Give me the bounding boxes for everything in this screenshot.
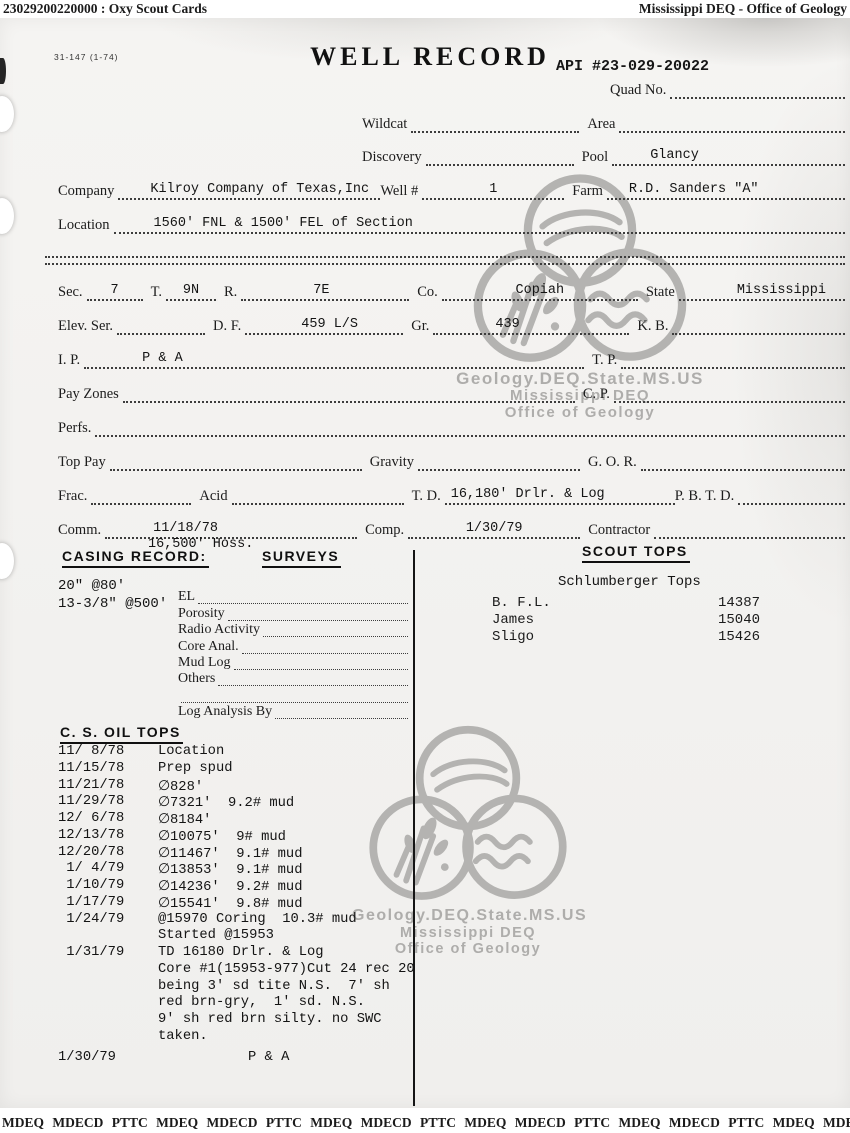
oil-top-row: 1/31/79TD 16180 Drlr. & Log <box>58 945 428 962</box>
frac-label: Frac. <box>58 488 91 505</box>
oil-top-row: 1/10/79∅14236' 9.2# mud <box>58 878 428 895</box>
survey-item: Core Anal. <box>178 637 408 653</box>
row-elev-df-gr-kb: Elev. Ser. D. F. 459 L/S Gr. 439 K. B. <box>58 314 845 335</box>
print-footer-bar: MDEQ MDECD PTTC MDEQ MDECD PTTC MDEQ MDE… <box>0 1113 850 1133</box>
oil-top-row: 12/ 6/78∅8184' <box>58 811 428 828</box>
oil-top-row: 11/29/78∅7321' 9.2# mud <box>58 794 428 811</box>
top-pay-field <box>110 449 362 471</box>
row-comm-comp-contractor: Comm. 11/18/78 Comp. 1/30/79 Contractor <box>58 518 845 539</box>
oil-top-row: 1/ 4/79∅13853' 9.1# mud <box>58 861 428 878</box>
tp-field <box>621 347 845 369</box>
cp-label: C. P. <box>575 386 614 403</box>
location-field: 1560' FNL & 1500' FEL of Section <box>114 212 845 234</box>
surveys-heading: SURVEYS <box>262 548 341 568</box>
well-no-label: Well # <box>380 183 422 200</box>
gor-field <box>641 449 845 471</box>
scan-artifact-edge-mark <box>0 58 6 84</box>
survey-item: Mud Log <box>178 654 408 670</box>
row-wildcat-area: Wildcat Area <box>362 112 845 133</box>
survey-dotted-line <box>242 638 408 654</box>
row-perfs: Perfs. <box>58 416 845 437</box>
row-location: Location 1560' FNL & 1500' FEL of Sectio… <box>58 213 845 234</box>
row-discovery-pool: Discovery Pool Glancy <box>362 145 845 166</box>
oil-top-row: 12/20/78∅11467' 9.1# mud <box>58 845 428 862</box>
pool-field: Glancy <box>612 144 845 166</box>
area-label: Area <box>579 116 619 133</box>
oil-top-row: Core #1(15953-977)Cut 24 rec 20 <box>58 962 428 979</box>
survey-item: Log Analysis By <box>178 703 408 719</box>
frac-field <box>91 483 191 505</box>
scout-tops-table: B. F.L.14387 James15040 Sligo15426 <box>492 595 792 646</box>
row-company-well-farm: Company Kilroy Company of Texas,Inc Well… <box>58 179 845 200</box>
form-number: 31-147 (1-74) <box>54 52 119 62</box>
scout-top-row: B. F.L.14387 <box>492 595 792 612</box>
farm-field: R.D. Sanders "A" <box>607 178 845 200</box>
top-pay-label: Top Pay <box>58 454 110 471</box>
kb-field <box>672 313 845 335</box>
survey-item: EL <box>178 588 408 604</box>
survey-item: Porosity <box>178 604 408 620</box>
oil-top-row: 11/21/78∅828' <box>58 778 428 795</box>
kb-label: K. B. <box>629 318 672 335</box>
company-label: Company <box>58 183 118 200</box>
oil-top-row: Started @15953 <box>58 928 428 945</box>
td-label: T. D. <box>404 488 445 505</box>
surveys-list: EL Porosity Radio Activity Core Anal. Mu… <box>178 588 408 719</box>
gravity-field <box>418 449 580 471</box>
oil-top-row: 1/17/79∅15541' 9.8# mud <box>58 895 428 912</box>
oil-top-row: 9' sh red brn silty. no SWC <box>58 1012 428 1029</box>
oil-tops-heading: C. S. OIL TOPS <box>60 724 183 744</box>
survey-dotted-line <box>234 654 409 670</box>
discovery-label: Discovery <box>362 149 426 166</box>
print-header-bar: 23029200220000 : Oxy Scout Cards Mississ… <box>0 0 850 17</box>
pbtd-field <box>738 483 845 505</box>
row-ip-tp: I. P. P & A T. P. <box>58 348 845 369</box>
pay-zones-label: Pay Zones <box>58 386 123 403</box>
location-label: Location <box>58 217 114 234</box>
survey-dotted-line <box>228 605 408 621</box>
row-sec-t-r-co-state: Sec. 7 T. 9N R. 7E Co. Copiah State Miss… <box>58 280 845 301</box>
oil-top-row: 1/24/79@15970 Coring 10.3# mud <box>58 912 428 929</box>
survey-dotted-line <box>275 703 408 719</box>
oil-top-row: taken. <box>58 1029 428 1046</box>
pool-label: Pool <box>574 149 613 166</box>
township-field: 9N <box>166 279 216 301</box>
elev-ser-label: Elev. Ser. <box>58 318 117 335</box>
scout-top-row: Sligo15426 <box>492 629 792 646</box>
row-quad-no: Quad No. <box>610 78 845 99</box>
casing-line-2: 13-3/8" @500' <box>58 596 167 614</box>
oil-top-row: being 3' sd tite N.S. 7' sh <box>58 979 428 996</box>
ip-label: I. P. <box>58 352 84 369</box>
casing-record-heading: CASING RECORD: <box>62 548 209 568</box>
comm-field: 11/18/78 <box>105 517 357 539</box>
survey-item: Radio Activity <box>178 621 408 637</box>
comm-label: Comm. <box>58 522 105 539</box>
contractor-field <box>654 517 845 539</box>
county-field: Copiah <box>442 279 638 301</box>
state-label: State <box>638 284 679 301</box>
perfs-label: Perfs. <box>58 420 95 437</box>
comp-label: Comp. <box>357 522 408 539</box>
acid-label: Acid <box>191 488 231 505</box>
scout-tops-subheading: Schlumberger Tops <box>558 574 701 592</box>
wildcat-field <box>411 111 579 133</box>
elev-ser-field <box>117 313 205 335</box>
well-no-field: 1 <box>422 178 564 200</box>
quad-no-field <box>670 77 845 99</box>
company-field: Kilroy Company of Texas,Inc <box>118 178 380 200</box>
county-label: Co. <box>409 284 442 301</box>
td-field: 16,180' Drlr. & Log <box>445 483 675 505</box>
oil-top-row: 11/ 8/78Location <box>58 744 428 761</box>
gravity-label: Gravity <box>362 454 418 471</box>
range-label: R. <box>216 284 241 301</box>
ip-field: P & A <box>84 347 584 369</box>
cp-field <box>614 381 845 403</box>
document-id: 23029200220000 : Oxy Scout Cards <box>3 1 207 16</box>
pay-zones-field <box>123 381 575 403</box>
discovery-field <box>426 144 574 166</box>
pbtd-label: P. B. T. D. <box>675 488 739 505</box>
gor-label: G. O. R. <box>580 454 641 471</box>
gr-field: 439 <box>433 313 629 335</box>
survey-item <box>178 686 408 702</box>
oil-tops-list: 11/ 8/78Location 11/15/78Prep spud 11/21… <box>58 744 428 1066</box>
quad-no-label: Quad No. <box>610 82 670 99</box>
row-frac-acid-td-pbtd: Frac. Acid T. D. 16,180' Drlr. & Log P. … <box>58 484 845 505</box>
sec-field: 7 <box>87 279 143 301</box>
scout-tops-heading: SCOUT TOPS <box>582 543 690 563</box>
oil-top-row: red brn-gry, 1' sd. N.S. <box>58 995 428 1012</box>
oil-top-row: 12/13/78∅10075' 9# mud <box>58 828 428 845</box>
gr-label: Gr. <box>403 318 433 335</box>
farm-label: Farm <box>564 183 607 200</box>
page-title: WELL RECORD <box>300 42 560 72</box>
casing-line-1: 20" @80' <box>58 578 125 596</box>
area-field <box>619 111 845 133</box>
agency-title: Mississippi DEQ - Office of Geology <box>639 1 847 16</box>
section-divider-dotted <box>45 256 845 265</box>
wildcat-label: Wildcat <box>362 116 411 133</box>
row-toppay-gravity-gor: Top Pay Gravity G. O. R. <box>58 450 845 471</box>
oil-top-row: 11/15/78Prep spud <box>58 761 428 778</box>
comp-field: 1/30/79 <box>408 517 580 539</box>
survey-dotted-line <box>218 670 408 686</box>
row-payzones-cp: Pay Zones C. P. <box>58 382 845 403</box>
perfs-field <box>95 415 845 437</box>
tp-label: T. P. <box>584 352 621 369</box>
survey-dotted-line <box>263 621 408 637</box>
df-field: 459 L/S <box>245 313 403 335</box>
api-number: API #23-029-20022 <box>556 58 709 75</box>
acid-field <box>232 483 404 505</box>
sec-label: Sec. <box>58 284 87 301</box>
state-field: Mississippi <box>679 279 845 301</box>
township-label: T. <box>143 284 166 301</box>
oil-top-row-final: 1/30/79P & A <box>58 1050 428 1067</box>
range-field: 7E <box>241 279 409 301</box>
scout-top-row: James15040 <box>492 612 792 629</box>
survey-dotted-line <box>181 687 408 703</box>
survey-dotted-line <box>198 588 408 604</box>
df-label: D. F. <box>205 318 245 335</box>
contractor-label: Contractor <box>580 522 654 539</box>
survey-item: Others <box>178 670 408 686</box>
